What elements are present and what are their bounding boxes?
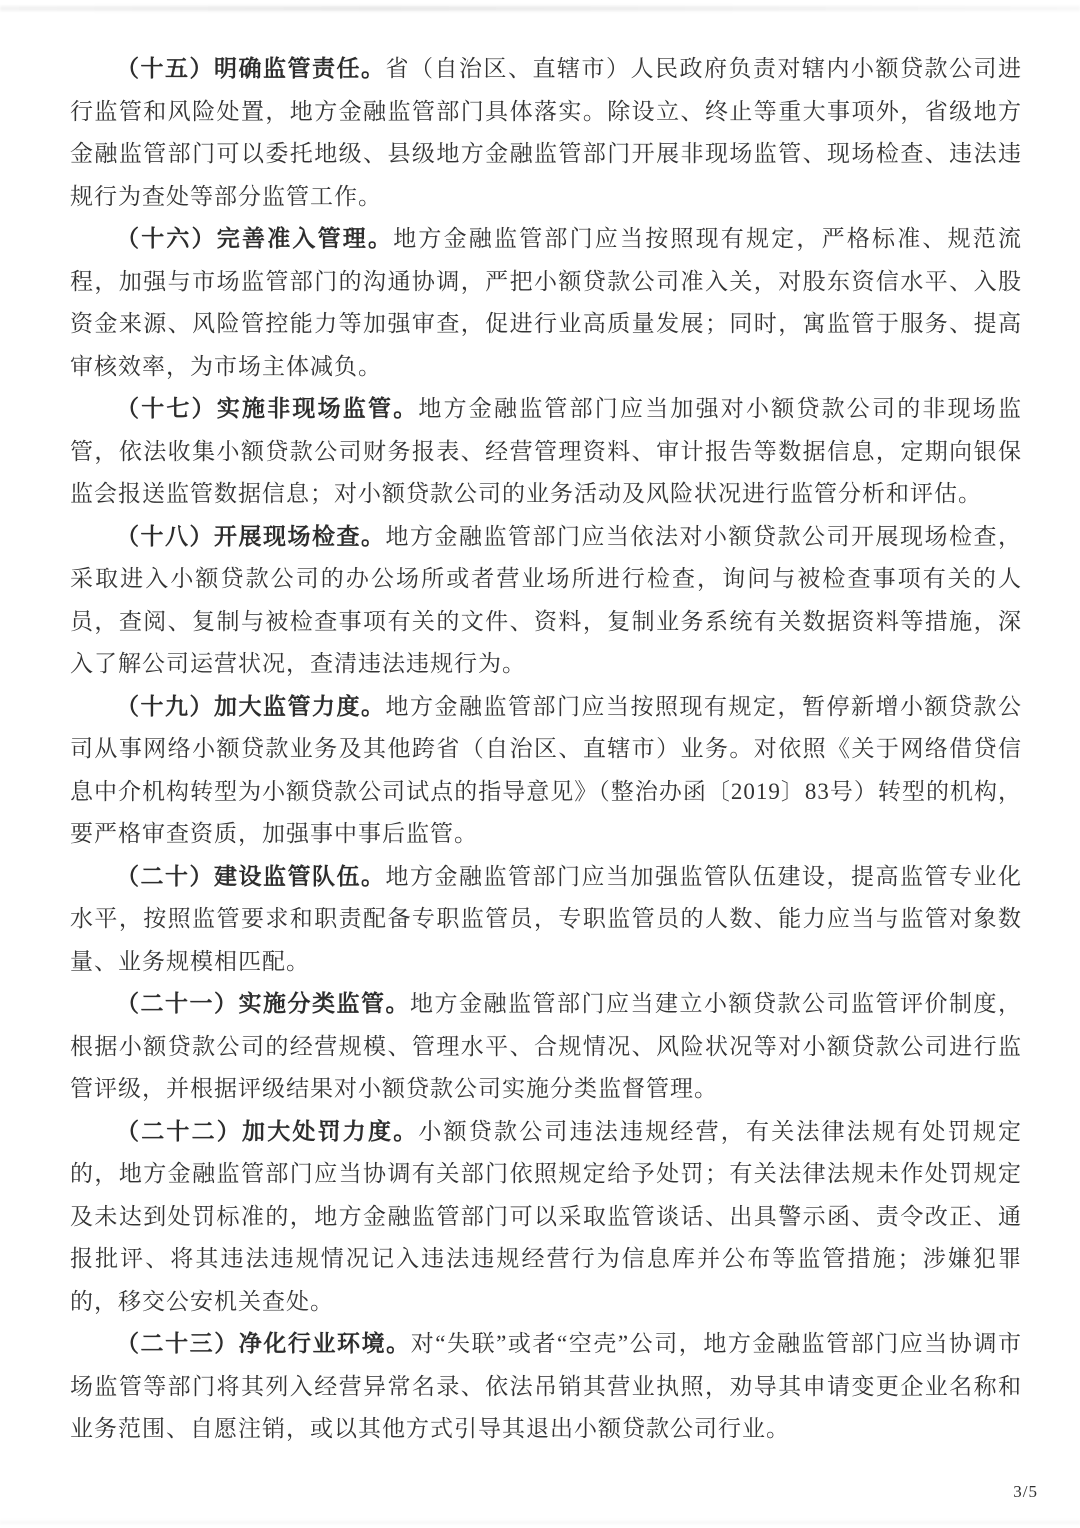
paragraph: （二十一）实施分类监管。地方金融监管部门应当建立小额贷款公司监管评价制度，根据小…	[70, 983, 1022, 1111]
paragraph-lead: （二十三）净化行业环境。	[116, 1331, 411, 1356]
paragraph-lead: （二十二）加大处罚力度。	[116, 1119, 418, 1144]
paragraph: （十八）开展现场检查。地方金融监管部门应当依法对小额贷款公司开展现场检查，采取进…	[70, 516, 1022, 686]
document-page: （十五）明确监管责任。省（自治区、直辖市）人民政府负责对辖内小额贷款公司进行监管…	[0, 0, 1080, 1528]
paragraph: （二十二）加大处罚力度。小额贷款公司违法违规经营，有关法律法规有处罚规定的，地方…	[70, 1111, 1022, 1324]
paragraph: （十五）明确监管责任。省（自治区、直辖市）人民政府负责对辖内小额贷款公司进行监管…	[70, 48, 1022, 218]
paragraph-lead: （十七）实施非现场监管。	[116, 396, 418, 421]
document-body: （十五）明确监管责任。省（自治区、直辖市）人民政府负责对辖内小额贷款公司进行监管…	[70, 48, 1022, 1451]
paragraph-lead: （十五）明确监管责任。	[116, 56, 386, 81]
paragraph-lead: （二十）建设监管队伍。	[116, 864, 386, 889]
paragraph-lead: （二十一）实施分类监管。	[116, 991, 410, 1016]
paragraph: （二十）建设监管队伍。地方金融监管部门应当加强监管队伍建设，提高监管专业化水平，…	[70, 856, 1022, 984]
paragraph-lead: （十九）加大监管力度。	[116, 694, 386, 719]
scan-artifact-bottom	[0, 1521, 1080, 1524]
paragraph-lead: （十八）开展现场检查。	[116, 524, 386, 549]
paragraph: （十九）加大监管力度。地方金融监管部门应当按照现有规定，暂停新增小额贷款公司从事…	[70, 686, 1022, 856]
paragraph-body: 小额贷款公司违法违规经营，有关法律法规有处罚规定的，地方金融监管部门应当协调有关…	[70, 1119, 1022, 1314]
scan-artifact-top	[0, 6, 1080, 11]
paragraph: （十七）实施非现场监管。地方金融监管部门应当加强对小额贷款公司的非现场监管，依法…	[70, 388, 1022, 516]
paragraph: （二十三）净化行业环境。对“失联”或者“空壳”公司，地方金融监管部门应当协调市场…	[70, 1323, 1022, 1451]
paragraph-lead: （十六）完善准入管理。	[116, 226, 393, 251]
page-number: 3/5	[1013, 1482, 1038, 1502]
paragraph: （十六）完善准入管理。地方金融监管部门应当按照现有规定，严格标准、规范流程，加强…	[70, 218, 1022, 388]
